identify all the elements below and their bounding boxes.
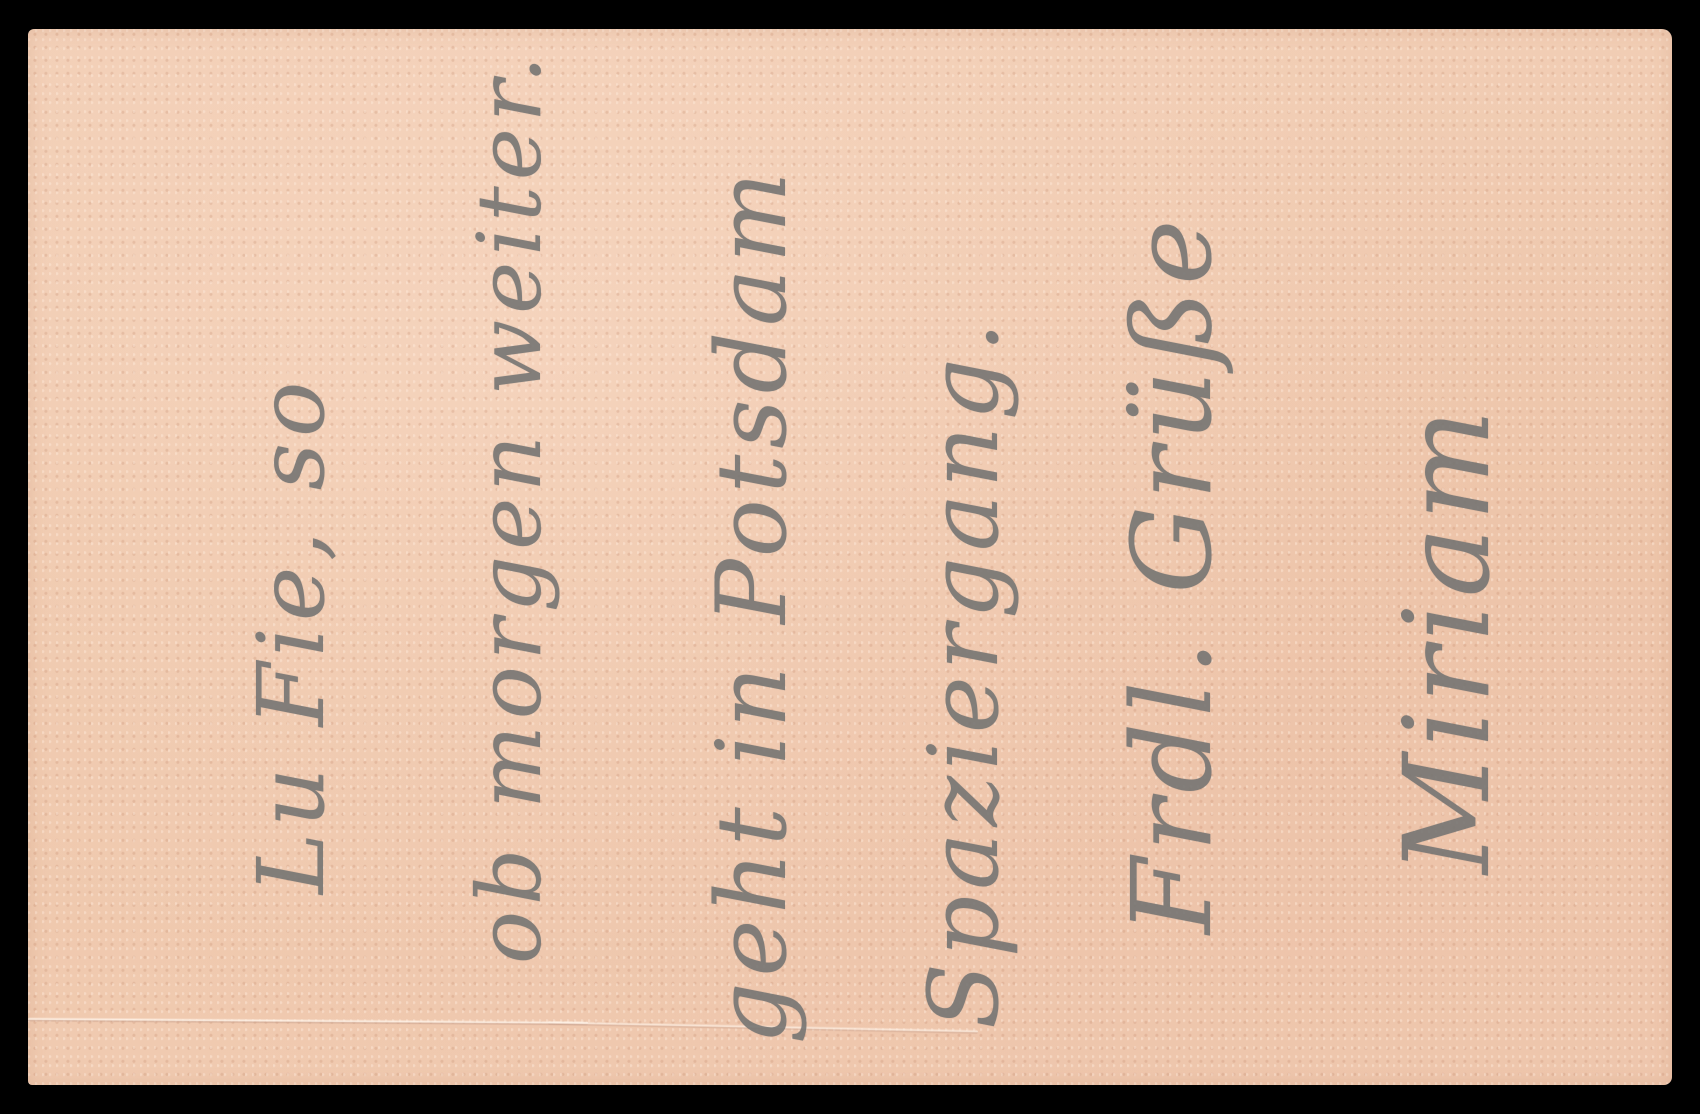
closing-greeting: Frdl. Grüße bbox=[1108, 214, 1236, 934]
postcard: Lu Fie, so ob morgen weiter. geht in Pot… bbox=[28, 29, 1672, 1085]
handwritten-line-4: Spaziergang. bbox=[908, 316, 1020, 1029]
handwritten-line-3: geht in Potsdam bbox=[696, 166, 808, 1044]
handwritten-line-1: Lu Fie, so bbox=[238, 376, 345, 894]
paper-crease bbox=[28, 1017, 588, 1026]
handwritten-line-2: ob morgen weiter. bbox=[458, 50, 561, 964]
signature: Miriam bbox=[1378, 403, 1516, 874]
